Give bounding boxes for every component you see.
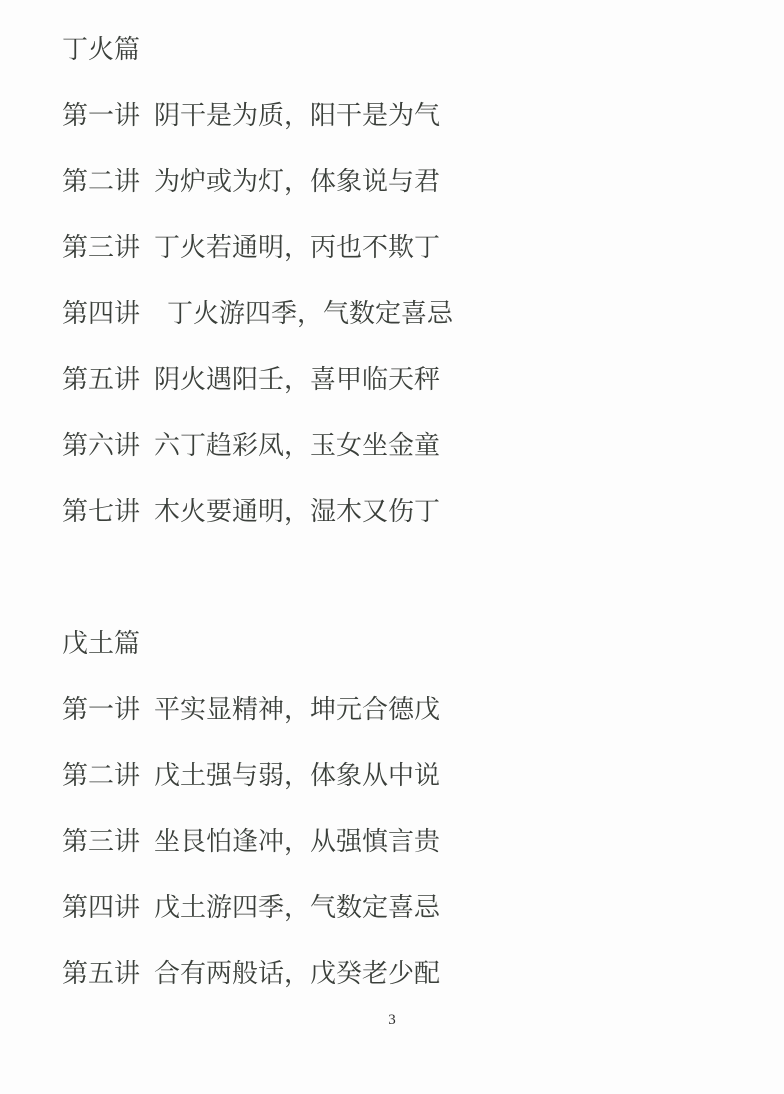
- toc-entry: 第三讲 坐艮怕逢冲，从强慎言贵: [62, 806, 764, 872]
- lecture-label: 第五讲: [62, 359, 140, 396]
- lecture-label: 第四讲: [62, 887, 140, 924]
- lecture-label: 第七讲: [62, 491, 140, 528]
- lecture-title: 木火要通明，湿木又伤丁: [154, 491, 440, 528]
- toc-entry: 第五讲 阴火遇阳壬，喜甲临天秤: [62, 344, 764, 410]
- lecture-title: 阴干是为质，阳干是为气: [154, 95, 440, 132]
- toc-entry: 第二讲 戊土强与弱，体象从中说: [62, 740, 764, 806]
- lecture-label: 第一讲: [62, 689, 140, 726]
- page-number: 3: [0, 1012, 784, 1029]
- lecture-title: 戊土强与弱，体象从中说: [154, 755, 440, 792]
- lecture-label: 第六讲: [62, 425, 140, 462]
- lecture-label: 第三讲: [62, 821, 140, 858]
- toc-entry: 第四讲 戊土游四季，气数定喜忌: [62, 872, 764, 938]
- toc-entry: 第五讲 合有两般话，戊癸老少配: [62, 938, 764, 1004]
- lecture-title: 丁火游四季，气数定喜忌: [167, 293, 453, 330]
- lecture-title: 平实显精神，坤元合德戊: [154, 689, 440, 726]
- lecture-title: 为炉或为灯，体象说与君: [154, 161, 440, 198]
- lecture-title: 戊土游四季，气数定喜忌: [154, 887, 440, 924]
- toc-entry: 第四讲 丁火游四季，气数定喜忌: [62, 278, 764, 344]
- lecture-label: 第二讲: [62, 161, 140, 198]
- toc-entry: 第七讲 木火要通明，湿木又伤丁: [62, 476, 764, 542]
- document-page: 丁火篇 第一讲 阴干是为质，阳干是为气 第二讲 为炉或为灯，体象说与君 第三讲 …: [0, 0, 784, 1094]
- toc-entry: 第二讲 为炉或为灯，体象说与君: [62, 146, 764, 212]
- toc-entry: 第六讲 六丁趋彩凤，玉女坐金童: [62, 410, 764, 476]
- lecture-title: 丁火若通明，丙也不欺丁: [154, 227, 440, 264]
- lecture-label: 第四讲: [62, 293, 140, 330]
- toc-entry: 第一讲 平实显精神，坤元合德戊: [62, 674, 764, 740]
- lecture-label: 第二讲: [62, 755, 140, 792]
- lecture-title: 合有两般话，戊癸老少配: [154, 953, 440, 990]
- toc-content: 丁火篇 第一讲 阴干是为质，阳干是为气 第二讲 为炉或为灯，体象说与君 第三讲 …: [62, 14, 764, 1004]
- section-spacer: [62, 542, 764, 608]
- section-title-ding-fire: 丁火篇: [62, 14, 764, 80]
- lecture-label: 第三讲: [62, 227, 140, 264]
- toc-entry: 第一讲 阴干是为质，阳干是为气: [62, 80, 764, 146]
- toc-entry: 第三讲 丁火若通明，丙也不欺丁: [62, 212, 764, 278]
- lecture-title: 阴火遇阳壬，喜甲临天秤: [154, 359, 440, 396]
- lecture-title: 坐艮怕逢冲，从强慎言贵: [154, 821, 440, 858]
- lecture-label: 第一讲: [62, 95, 140, 132]
- lecture-label: 第五讲: [62, 953, 140, 990]
- section-title-wu-earth: 戊土篇: [62, 608, 764, 674]
- lecture-title: 六丁趋彩凤，玉女坐金童: [154, 425, 440, 462]
